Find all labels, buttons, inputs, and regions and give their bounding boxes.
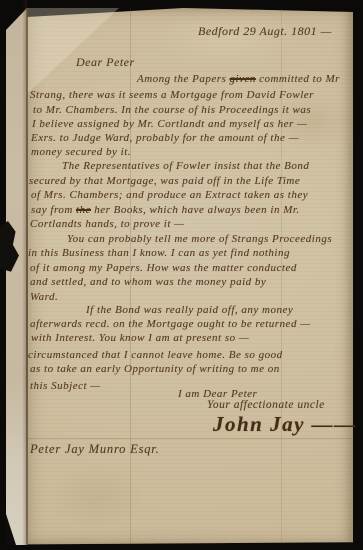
body-line: Strang, there was it seems a Mortgage fr… <box>30 89 314 101</box>
body-text: say from <box>31 204 76 216</box>
body-line: to Mr. Chambers. In the course of his Pr… <box>33 104 311 116</box>
body-line: and settled, and to whom was the money p… <box>30 276 266 288</box>
body-line: with Interest. You know I am at present … <box>31 332 249 344</box>
body-line: Among the Papers given committed to Mr <box>137 73 340 85</box>
body-line: of Mrs. Chambers; and produce an Extract… <box>31 189 308 201</box>
body-line: afterwards recd. on the Mortgage ought t… <box>30 318 310 330</box>
body-text: Among the Papers <box>137 73 230 85</box>
horizontal-crease <box>27 438 353 439</box>
dateline: Bedford 29 Augt. 1801 — <box>198 24 332 39</box>
body-line: money secured by it. <box>31 146 131 158</box>
body-line: this Subject — <box>30 380 101 392</box>
body-line: Exrs. to Judge Ward, probably for the am… <box>31 132 299 144</box>
struck-word: the <box>76 204 91 216</box>
body-line: The Representatives of Fowler insist tha… <box>62 160 309 172</box>
body-line: Cortlandts hands, to prove it — <box>30 218 184 230</box>
body-line: say from the her Books, which have alway… <box>31 204 300 216</box>
body-line: If the Bond was really paid off, any mon… <box>86 304 293 316</box>
body-text: committed to Mr <box>256 73 340 85</box>
scanned-letter: Bedford 29 Augt. 1801 — Dear Peter Among… <box>0 0 363 550</box>
page-edge-line <box>26 8 28 545</box>
body-line: secured by that Mortgage, was paid off i… <box>29 175 300 187</box>
body-text: her Books, which have always been in Mr. <box>91 204 300 216</box>
body-line: of it among my Papers. How was the matte… <box>30 262 297 274</box>
body-line: You can probably tell me more of Strangs… <box>67 233 332 245</box>
body-line: as to take an early Opportunity of writi… <box>30 363 280 375</box>
body-line: I believe assigned by Mr. Cortlandt and … <box>32 118 307 130</box>
body-line: circumstanced that I cannot leave home. … <box>28 349 283 361</box>
addressee: Peter Jay Munro Esqr. <box>30 442 160 457</box>
salutation: Dear Peter <box>76 55 135 70</box>
body-line: Ward. <box>30 291 58 303</box>
signature: John Jay —— <box>213 412 357 437</box>
closing-line: Your affectionate uncle <box>207 399 325 411</box>
body-line: in this Business than I know. I can as y… <box>28 247 290 259</box>
struck-word: given <box>230 73 256 85</box>
